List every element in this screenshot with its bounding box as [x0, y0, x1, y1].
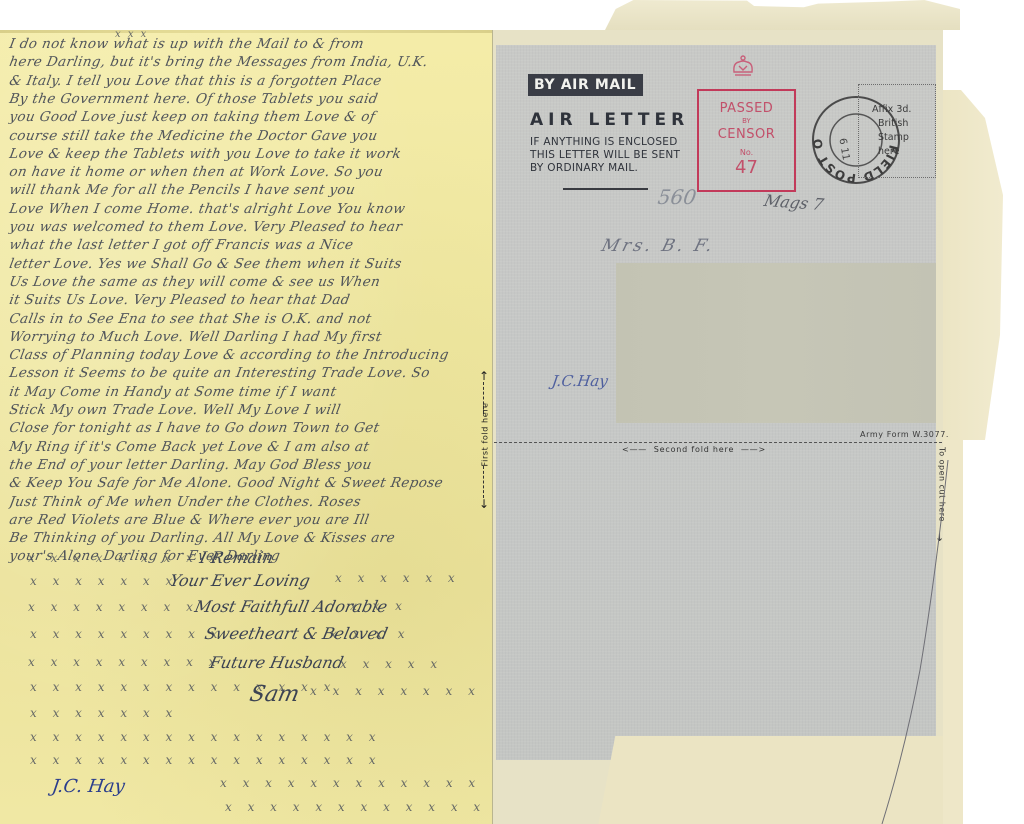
censor-number: 47	[699, 157, 794, 178]
handwritten-line: Close for tonight as I have to Go down T…	[8, 420, 481, 436]
crown-icon	[730, 54, 756, 80]
handwritten-line: Be Thinking of you Darling. All My Love …	[8, 530, 481, 546]
handwritten-line: Worrying to Much Love. Well Darling I ha…	[8, 329, 481, 345]
handwritten-line: letter Love. Yes we Shall Go & See them …	[8, 256, 481, 272]
handwritten-line: Class of Planning today Love & according…	[8, 347, 481, 363]
handwritten-line: you Good Love just keep on taking them L…	[8, 109, 481, 125]
censor-line-3: CENSOR	[699, 127, 794, 142]
kisses-row: x x x x x x x	[30, 574, 178, 588]
kisses-row: x x x x x x x x x x x x x x x x	[30, 753, 382, 767]
redacted-address-block	[616, 263, 936, 423]
handwritten-line: are Red Violets are Blue & Where ever yo…	[8, 512, 481, 528]
top-kisses: x x x	[115, 29, 148, 40]
ink-initials-right: J.C.Hay	[551, 372, 609, 390]
handwritten-line: Love & keep the Tablets with you Love to…	[8, 146, 481, 162]
army-form-number: Army Form W.3077.	[860, 430, 949, 439]
torn-top-edge	[605, 0, 960, 30]
handwritten-line: course still take the Medicine the Docto…	[8, 128, 481, 144]
censor-line-2: BY	[699, 117, 794, 125]
censor-line-1: PASSED	[699, 101, 794, 116]
handwritten-line: Calls in to See Ena to see that She is O…	[8, 311, 481, 327]
kisses-row: x x x x x x x	[30, 706, 178, 720]
censor-stamp: PASSED BY CENSOR No. 47	[697, 89, 796, 192]
handwritten-line: & Italy. I tell you Love that this is a …	[8, 73, 481, 89]
arrow-up-icon: ↑	[479, 370, 489, 382]
handwritten-line: here Darling, but it's bring the Message…	[8, 54, 481, 70]
handwritten-line: on have it home or when then at Work Lov…	[8, 164, 481, 180]
handwritten-line: Just Think of Me when Under the Clothes.…	[8, 494, 481, 510]
kisses-row: x x x x x x x x x x x x	[220, 776, 481, 790]
handwritten-line: Stick My own Trade Love. Well My Love I …	[8, 402, 481, 418]
stamp-text-line: Stamp	[872, 131, 911, 145]
kisses-row: x x x x x x x x x x x x x x	[30, 680, 336, 694]
arrow-left-icon: <——	[622, 445, 654, 454]
postmark-date: 6 11	[836, 137, 851, 161]
handwritten-line: Us Love the same as they will come & see…	[8, 274, 481, 290]
closing-line-1: Your Ever Loving	[168, 571, 312, 590]
kisses-row: x x x x x x x x	[28, 600, 199, 614]
kisses-row: x x x x x	[340, 657, 443, 671]
kisses-row: x x x x x x x x x x x x x x x x	[30, 730, 382, 744]
handwritten-line: By the Government here. Of those Tablets…	[8, 91, 481, 107]
handwritten-line: Lesson it Seems to be quite an Interesti…	[8, 365, 481, 381]
handwritten-line: the End of your letter Darling. May God …	[8, 457, 481, 473]
address-line: Mrs. B. F.	[599, 236, 717, 256]
handwritten-line: what the last letter I got off Francis w…	[8, 237, 481, 253]
right-torn-flap	[943, 90, 1003, 440]
pencil-curve-line	[880, 460, 960, 824]
handwritten-line: it May Come in Handy at Some time if I w…	[8, 384, 481, 400]
enclosed-notice-line: THIS LETTER WILL BE SENT	[530, 149, 680, 162]
kisses-row: x x x x x x x x	[310, 684, 481, 698]
kisses-row: x x x	[350, 599, 408, 613]
pencil-note: Mags 7	[762, 191, 825, 214]
kisses-row: x x x x x x x x x	[28, 655, 221, 669]
handwritten-line: & Keep You Safe for Me Alone. Good Night…	[8, 475, 481, 491]
stamp-text-line: here	[872, 145, 911, 159]
handwritten-line: My Ring if it's Come Back yet Love & I a…	[8, 439, 481, 455]
closing-line-4: Future Husband	[208, 653, 345, 672]
handwritten-line: I do not know what is up with the Mail t…	[8, 36, 481, 52]
handwritten-letter-page: I do not know what is up with the Mail t…	[0, 30, 493, 824]
stamp-text-line: British	[872, 117, 911, 131]
second-fold-line	[494, 442, 942, 443]
first-fold-marker: ↑ First fold here ↓	[473, 370, 493, 510]
enclosed-notice-line: BY ORDINARY MAIL.	[530, 162, 680, 175]
handwritten-line: Love When I come Home. that's alright Lo…	[8, 201, 481, 217]
handwritten-line: will thank Me for all the Pencils I have…	[8, 182, 481, 198]
kisses-row: x x x x x x x x x	[30, 627, 223, 641]
pencil-number: 560	[656, 185, 698, 209]
kisses-row: x x x x x x x x x x x x	[225, 800, 486, 814]
arrow-right-icon: ——>	[734, 445, 766, 454]
ink-initials-left: J.C. Hay	[51, 776, 127, 797]
stamp-instructions: Affix 3d. British Stamp here	[872, 103, 911, 159]
kisses-row: x x x x x x	[335, 571, 461, 585]
kisses-row: x x x x	[330, 627, 411, 641]
paper-top-edge	[0, 30, 492, 33]
second-fold-text: Second fold here	[654, 445, 734, 454]
first-fold-label: First fold here	[481, 385, 490, 485]
enclosed-notice-line: IF ANYTHING IS ENCLOSED	[530, 136, 680, 149]
stamp-text-line: Affix 3d.	[872, 103, 911, 117]
divider-rule	[563, 188, 648, 190]
kisses-row: x x x x x x x x x	[28, 551, 221, 565]
handwritten-line: it Suits Us Love. Very Pleased to hear t…	[8, 292, 481, 308]
by-air-mail-label: BY AIR MAIL	[528, 74, 643, 96]
handwritten-line: you was welcomed to them Love. Very Plea…	[8, 219, 481, 235]
second-fold-label: <—— Second fold here ——>	[622, 445, 766, 454]
fold-dash	[483, 466, 484, 498]
enclosed-notice: IF ANYTHING IS ENCLOSED THIS LETTER WILL…	[530, 136, 680, 175]
air-letter-title: AIR LETTER	[530, 110, 689, 130]
arrow-down-icon: ↓	[479, 498, 489, 510]
censor-line-4: No.	[699, 148, 794, 157]
